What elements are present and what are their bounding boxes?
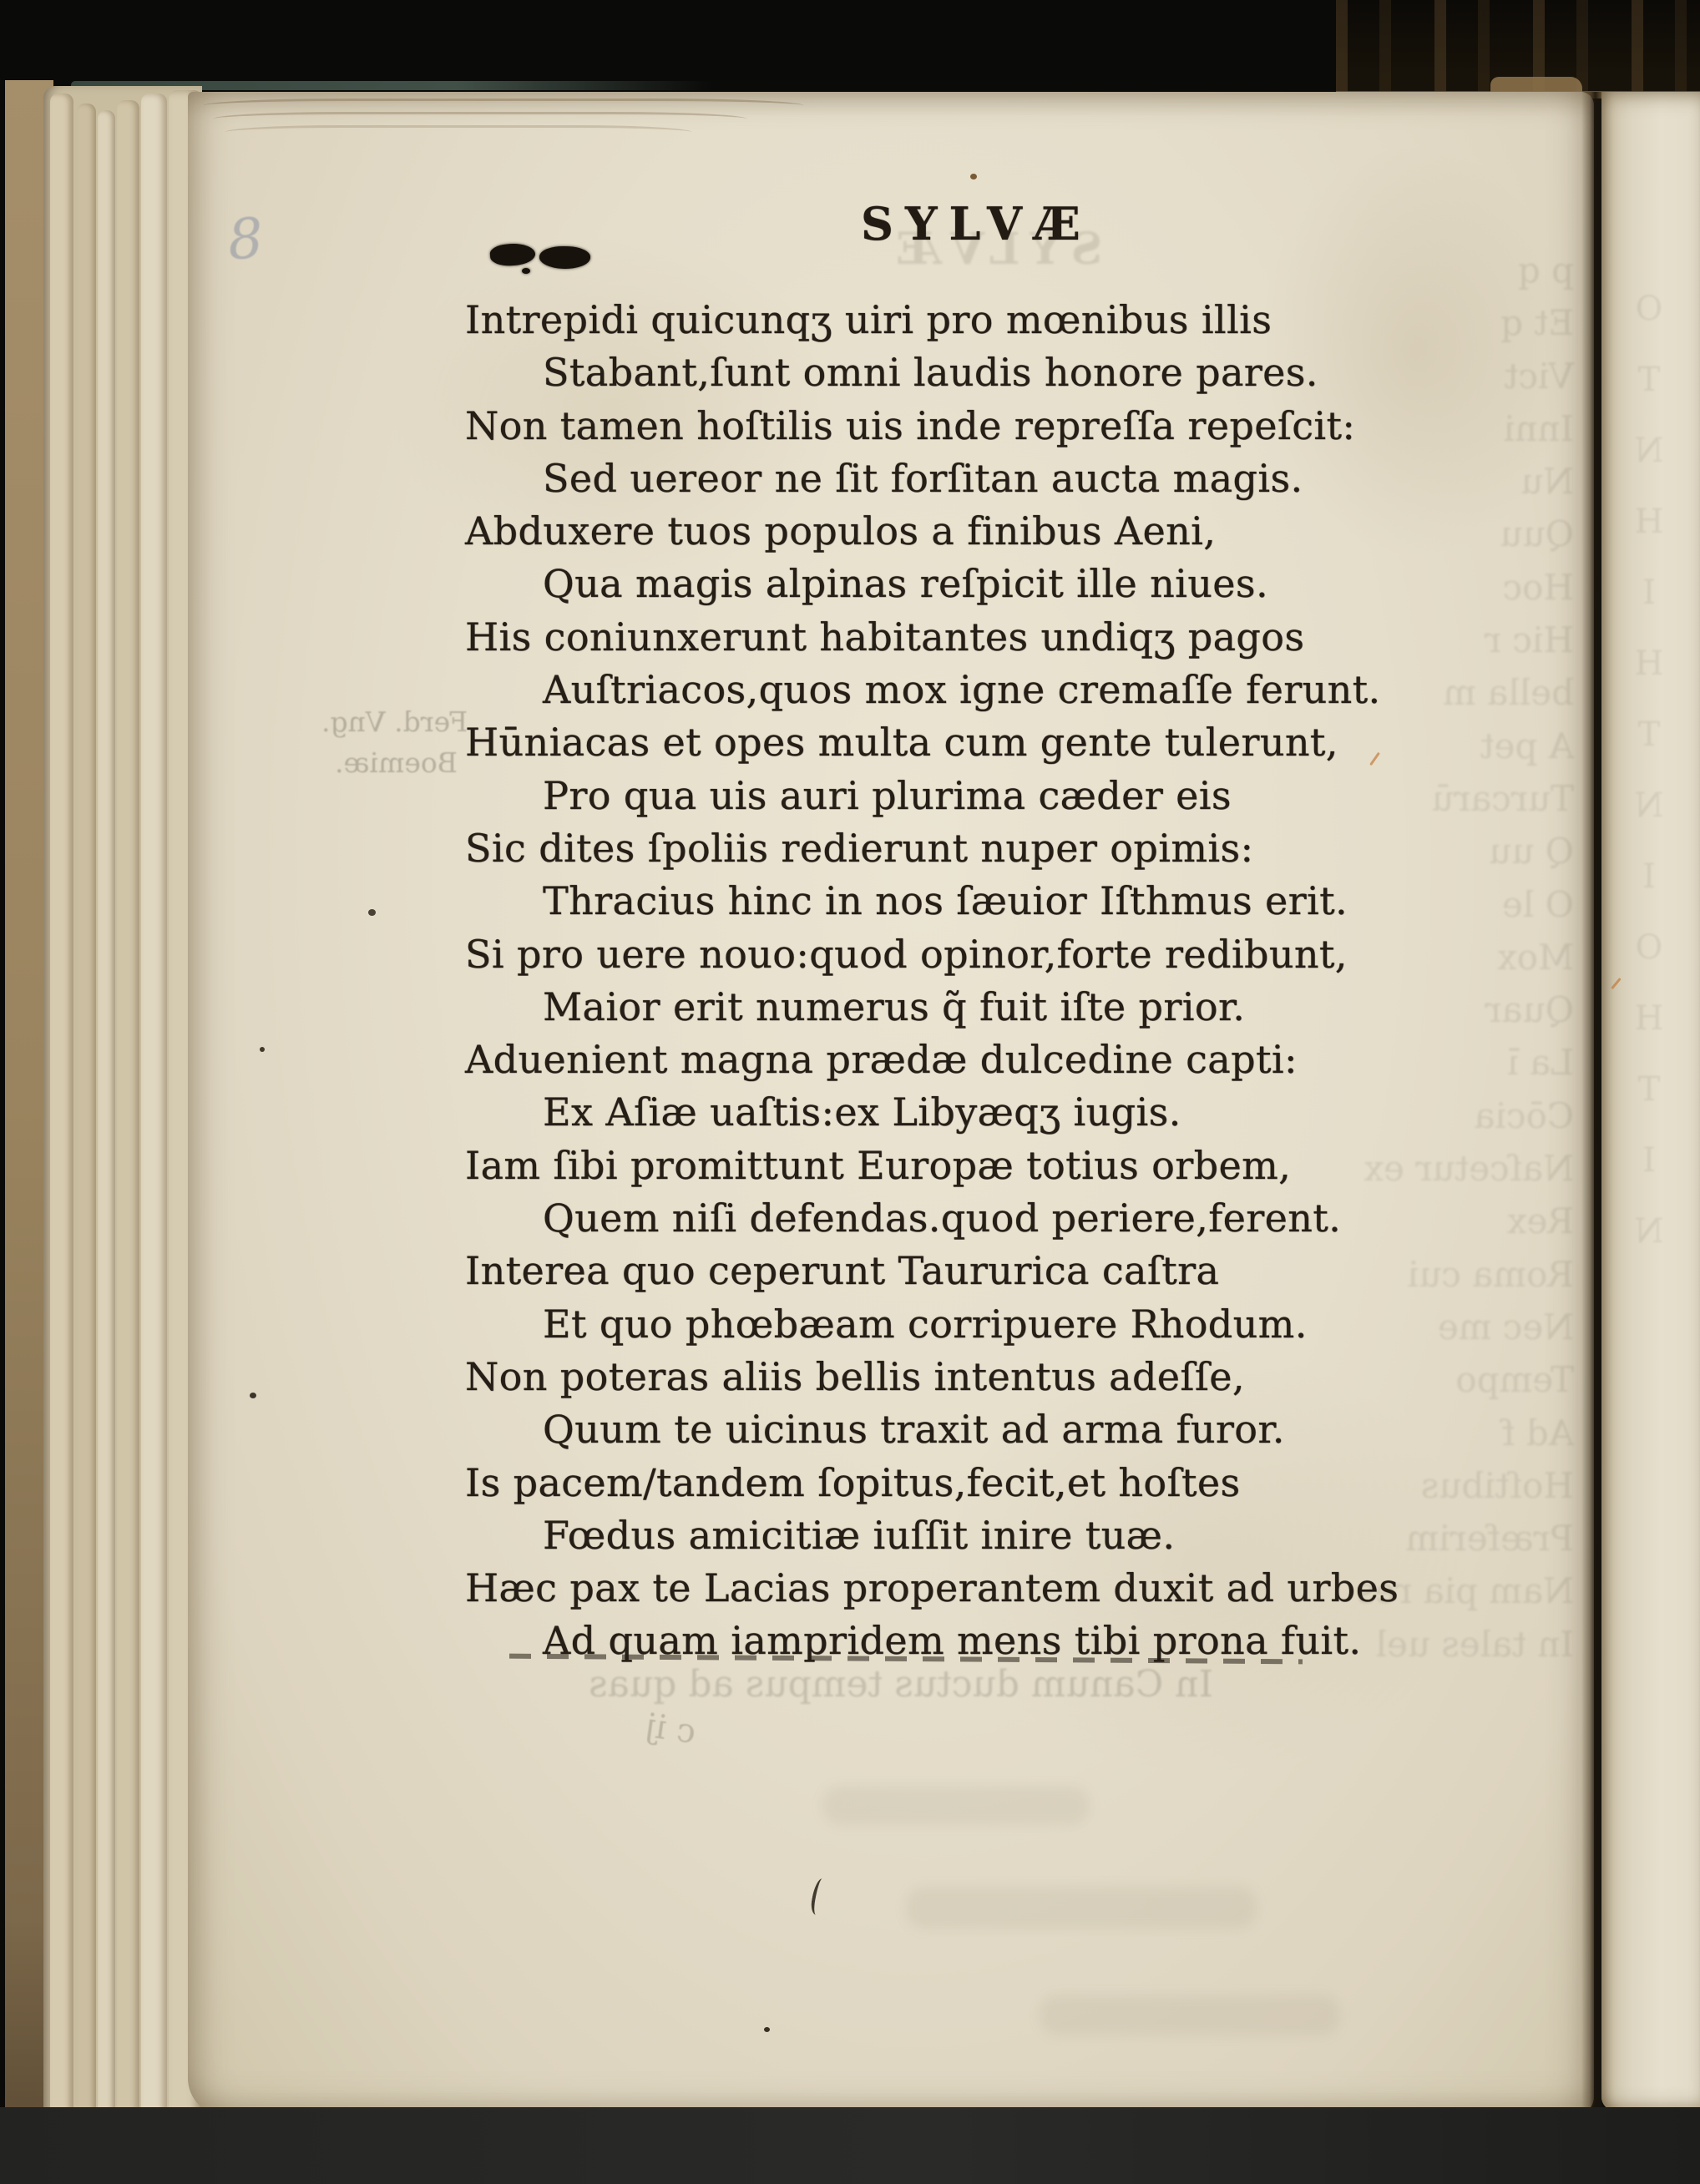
poem-line: Abduxere tuos populos a finibus Aeni,	[465, 505, 1399, 558]
poem-line: Iam ſibi promittunt Europæ totius orbem,	[465, 1140, 1399, 1192]
page-edge-strip	[50, 94, 73, 2122]
bleed-through-letter: T	[1630, 345, 1668, 416]
bleed-through-letter: H	[1630, 983, 1668, 1054]
bleed-through-edge-letters: O T N H I H T N I O H T I N	[1630, 274, 1668, 1267]
poem-line: Sic dites ſpoliis redierunt nuper opimis…	[465, 822, 1399, 875]
poem-line: Hūniacas et opes multa cum gente tulerun…	[465, 716, 1399, 769]
bleed-through-letter: N	[1630, 771, 1668, 842]
poem-line: Quem niſi defendas.quod periere,ferent.	[465, 1192, 1399, 1245]
poem-line: His coniunxerunt habitantes undiqʒ pagos	[465, 611, 1399, 664]
bleed-through-margin-note: Boemiæ.	[335, 746, 458, 779]
page-edge-strip	[117, 100, 139, 2117]
paper-fiber	[1611, 978, 1622, 989]
pen-stroke-mark	[809, 1878, 828, 1916]
photo-background-bottom	[0, 2107, 1700, 2184]
bleed-through-letter: I	[1630, 1125, 1668, 1196]
bleed-through-letter: T	[1630, 700, 1668, 771]
page-edge-strip	[98, 110, 115, 2116]
bleed-through-patch	[906, 1887, 1257, 1929]
bleed-through-letter: I	[1630, 842, 1668, 913]
bleed-through-signature-mark: c ij	[643, 1706, 698, 1752]
ink-speck	[250, 1393, 256, 1398]
ink-smudge-dot	[522, 268, 530, 274]
poem-line: Et quo phœbæam corripuere Rhodum.	[465, 1298, 1399, 1351]
ink-smudge	[539, 245, 591, 270]
bleed-through-patch	[822, 1787, 1090, 1825]
bleed-through-margin-note: Ferd. Vng.	[321, 705, 468, 738]
bleed-through-line-below-poem: In Canum ductus tempus ad quas	[589, 1663, 1213, 1706]
bleed-through-letter: H	[1630, 487, 1668, 558]
bleed-through-letter: N	[1630, 416, 1668, 487]
bleed-through-letter: T	[1630, 1054, 1668, 1125]
poem-text-block: Intrepidi quicunqʒ uiri pro mœnibus illi…	[465, 294, 1399, 1668]
deckle-arc	[203, 99, 804, 113]
poem-line: Maior erit numerus q̃ fuit iſte prior.	[465, 981, 1399, 1034]
handwritten-folio-number: 8	[225, 206, 265, 273]
poem-line: Quum te uicinus traxit ad arma furor.	[465, 1403, 1399, 1456]
bleed-through-letter: I	[1630, 558, 1668, 629]
page-header: SYLVÆ	[861, 197, 1092, 250]
ink-speck	[368, 909, 376, 916]
ink-speck	[764, 2027, 770, 2032]
poem-line: Ex Aſiæ uaſtis:ex Libyæqʒ iugis.	[465, 1086, 1399, 1139]
poem-line: Interea quo ceperunt Taururica caſtra	[465, 1245, 1399, 1297]
photographed-book-spread: 8 SYLVÆ SYLVÆ p q Et q Vict Inni Nu Quu …	[0, 0, 1700, 2184]
bleed-through-letter: O	[1630, 274, 1668, 345]
bleed-through-letter: N	[1630, 1196, 1668, 1267]
ink-speck	[260, 1047, 265, 1052]
bleed-through-patch	[1040, 1995, 1340, 2035]
adjacent-page-sliver: O T N H I H T N I O H T I N	[1601, 92, 1700, 2111]
ink-speck	[970, 174, 977, 179]
poem-line: Qua magis alpinas reſpicit ille niues.	[465, 558, 1399, 610]
binding-spine-top	[1336, 0, 1700, 99]
poem-line: Stabant,ſunt omni laudis honore pares.	[465, 346, 1399, 399]
poem-line: Hæc pax te Lacias properantem duxit ad u…	[465, 1562, 1399, 1615]
bleed-through-letter: H	[1630, 629, 1668, 700]
poem-line: Thracius hinc in nos ſæuior Iſthmus erit…	[465, 875, 1399, 928]
poem-line: Intrepidi quicunqʒ uiri pro mœnibus illi…	[465, 294, 1399, 346]
poem-line: Non poteras aliis bellis intentus adeſſe…	[465, 1351, 1399, 1403]
page-edge-strip	[77, 104, 96, 2119]
poem-line: Si pro uere nouo:quod opinor,forte redib…	[465, 928, 1399, 981]
poem-line: Auſtriacos,quos mox igne cremaſſe ferunt…	[465, 664, 1399, 716]
poem-line: Aduenient magna prædæ dulcedine capti:	[465, 1034, 1399, 1086]
poem-line: Sed uereor ne ſit forſitan aucta magis.	[465, 452, 1399, 505]
deckle-arc	[213, 112, 747, 126]
page-edge-strip	[141, 94, 167, 2117]
poem-line: Is pacem/tandem ſopitus,fecit,et hoſtes	[465, 1457, 1399, 1509]
poem-line: Pro qua uis auri plurima cæder eis	[465, 770, 1399, 822]
ink-smudge	[489, 242, 536, 267]
book-page: 8 SYLVÆ SYLVÆ p q Et q Vict Inni Nu Quu …	[188, 92, 1594, 2116]
poem-line: Fœdus amicitiæ iuſſit inire tuæ.	[465, 1509, 1399, 1562]
poem-line: Non tamen hoſtilis uis inde repreſſa rep…	[465, 400, 1399, 452]
bleed-through-fragment: p q	[1144, 244, 1574, 296]
bleed-through-letter: O	[1630, 913, 1668, 983]
deckle-arc	[225, 125, 692, 139]
